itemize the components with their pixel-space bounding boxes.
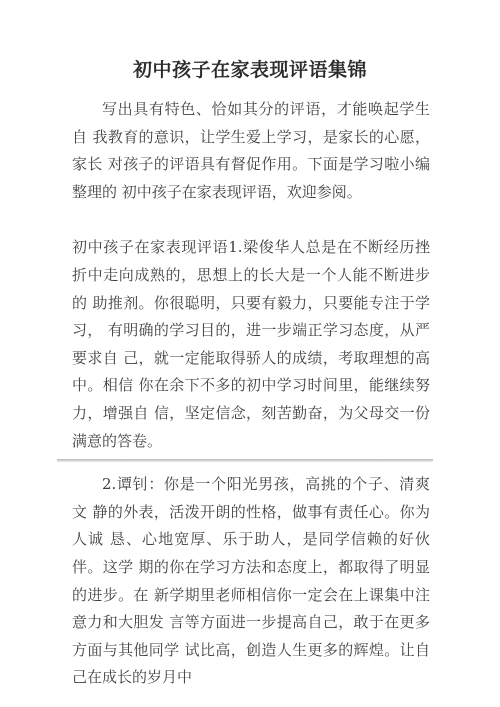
document-page: 初中孩子在家表现评语集锦 写出具有特色、恰如其分的评语，才能唤起学生自 我教育的…: [0, 0, 500, 707]
document-body: 写出具有特色、恰如其分的评语，才能唤起学生自 我教育的意识，让学生爱上学习，是家…: [72, 96, 430, 692]
section-divider: [57, 459, 433, 462]
paragraph-comment-2: 2.谭钊：你是一个阳光男孩，高挑的个子、清爽文 静的外表，活泼开朗的性格，做事有…: [72, 471, 430, 692]
page-number: i: [0, 643, 500, 657]
paragraph-comment-1: 初中孩子在家表现评语1.梁俊华人总是在不断经历挫 折中走向成熟的，思想上的长大是…: [72, 234, 430, 455]
paragraph-intro: 写出具有特色、恰如其分的评语，才能唤起学生自 我教育的意识，让学生爱上学习，是家…: [72, 96, 430, 206]
document-title: 初中孩子在家表现评语集锦: [0, 57, 500, 83]
